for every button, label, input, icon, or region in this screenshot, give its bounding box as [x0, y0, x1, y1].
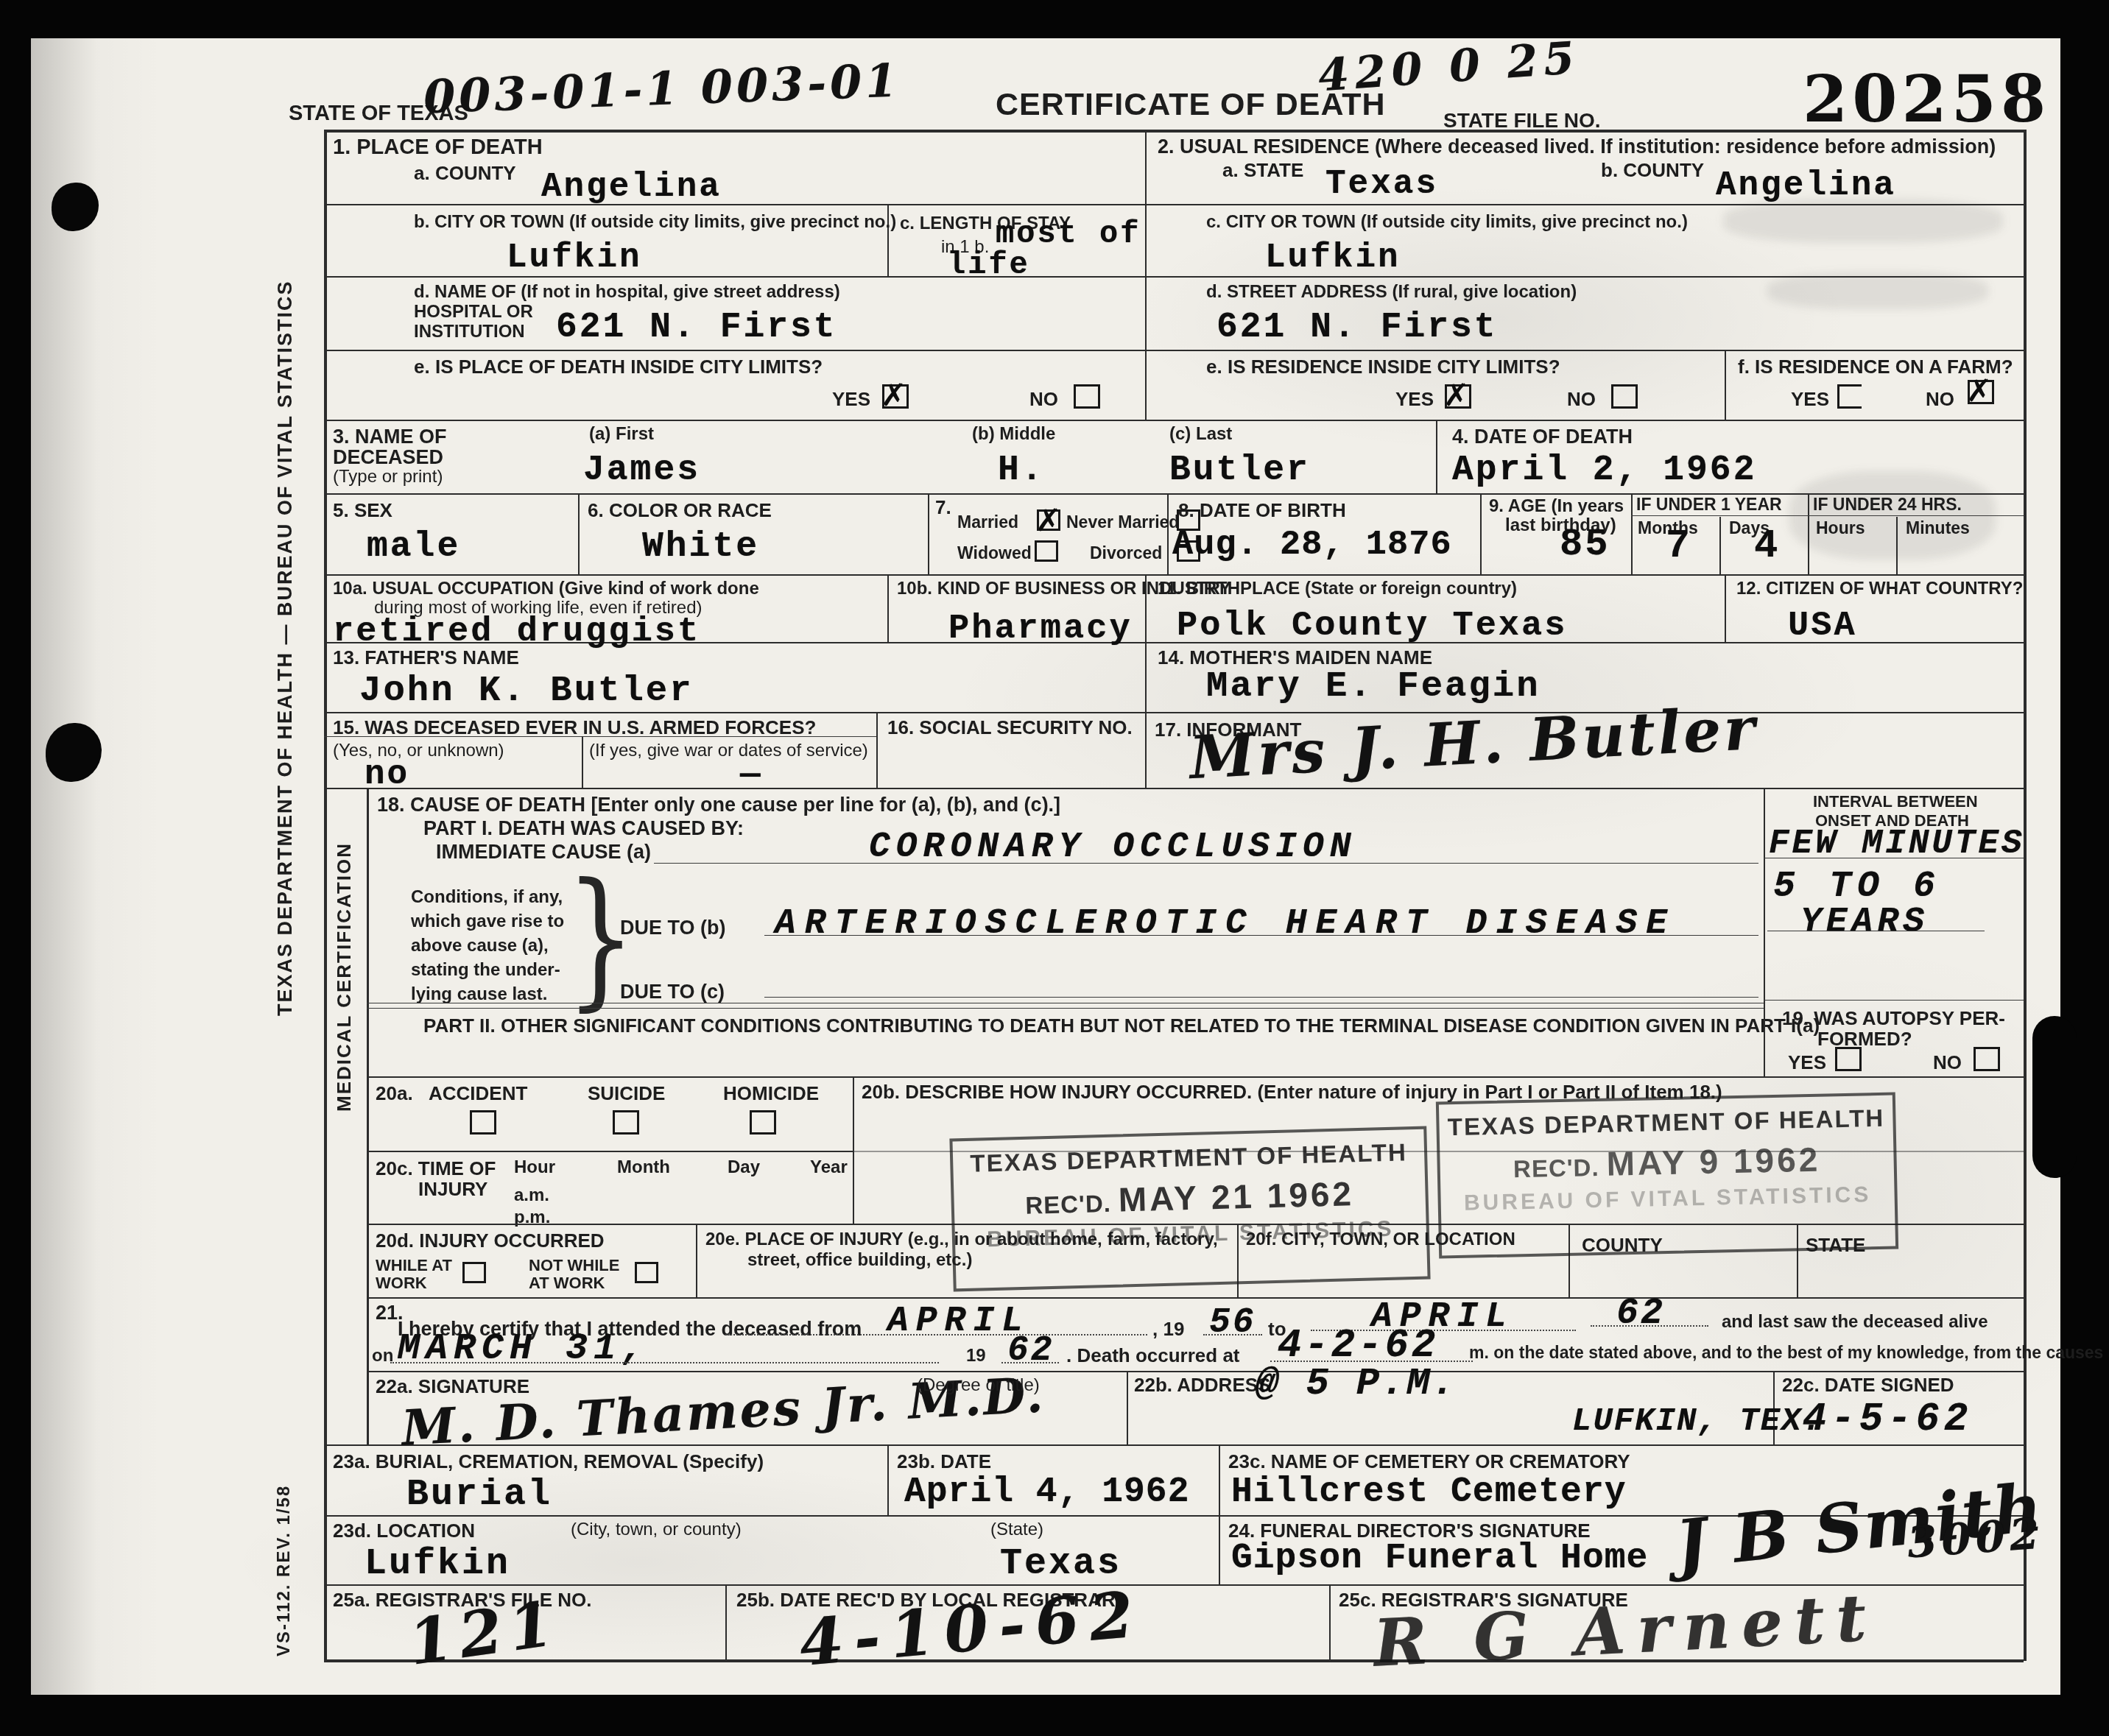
- year-prefix-1: , 19: [1152, 1318, 1184, 1341]
- form-code-vertical-label: VS-112. REV. 1/58: [274, 1465, 295, 1656]
- birth-date-label: 8. DATE OF BIRTH: [1178, 499, 1346, 522]
- middle-name-value: H.: [998, 451, 1045, 490]
- widowed-label: Widowed: [957, 543, 1032, 563]
- scan-edge-bottom: [0, 1695, 2109, 1736]
- place-of-death-section-label: 1. PLACE OF DEATH: [333, 135, 543, 160]
- degree-label: (Degree or title): [917, 1375, 1040, 1396]
- autopsy-yes-checkbox: [1835, 1047, 1862, 1071]
- race-label: 6. COLOR OR RACE: [588, 499, 772, 522]
- not-while-label-2: AT WORK: [529, 1274, 605, 1293]
- death-certificate-scan: TEXAS DEPARTMENT OF HEALTH — BUREAU OF V…: [0, 0, 2109, 1736]
- farm-no-checkmark: ✗: [1966, 373, 1992, 409]
- name-label-2: DECEASED: [333, 446, 443, 469]
- address-label: 22b. ADDRESS: [1134, 1374, 1270, 1397]
- not-while-label-1: NOT WHILE: [529, 1256, 619, 1275]
- place-of-injury-label-2: street, office building, etc.): [747, 1250, 972, 1271]
- industry-value: Pharmacy: [948, 610, 1133, 649]
- res-county-label: b. COUNTY: [1601, 159, 1704, 182]
- interval-value-b: 5 TO 6: [1773, 866, 1941, 908]
- pod-county-value: Angelina: [541, 168, 722, 206]
- year-label: Year: [810, 1157, 848, 1178]
- autopsy-label-2: FORMED?: [1817, 1028, 1912, 1051]
- res-state-value: Texas: [1325, 165, 1438, 203]
- pod-county-label: a. COUNTY: [414, 162, 516, 185]
- stamp-recd-label: REC'D.: [1513, 1154, 1599, 1182]
- months-value: 7: [1666, 524, 1691, 569]
- armed-forces-sub-1: (Yes, no, or unknown): [333, 741, 504, 761]
- burial-label: 23a. BURIAL, CREMATION, REMOVAL (Specify…: [333, 1450, 764, 1473]
- married-checkmark: ✗: [1035, 502, 1061, 538]
- not-while-work-checkbox: [635, 1262, 658, 1283]
- stamp-date: MAY 9 1962: [1606, 1140, 1821, 1183]
- pod-no-label: NO: [1029, 388, 1058, 411]
- scan-edge-left: [0, 0, 29, 1736]
- stamp-agency-line: TEXAS DEPARTMENT OF HEALTH: [953, 1138, 1425, 1179]
- burial-value: Burial: [406, 1474, 552, 1516]
- conditions-note-line: above cause (a),: [411, 934, 564, 958]
- res-no-label: NO: [1567, 388, 1596, 411]
- autopsy-yes-label: YES: [1788, 1051, 1826, 1074]
- res-yes-label: YES: [1395, 388, 1434, 411]
- received-stamp-may21: TEXAS DEPARTMENT OF HEALTH REC'D. MAY 21…: [949, 1126, 1430, 1292]
- never-married-label: Never Married: [1066, 512, 1179, 532]
- conditions-note-line: stating the under-: [411, 958, 564, 982]
- location-city-value: Lufkin: [365, 1543, 510, 1585]
- res-street-label: d. STREET ADDRESS (If rural, give locati…: [1206, 282, 1577, 303]
- armed-forces-value: no: [365, 755, 409, 794]
- interval-label-1: INTERVAL BETWEEN: [1813, 792, 1978, 811]
- address-value: LUFKIN, TEX.: [1572, 1403, 1823, 1440]
- married-label: Married: [957, 512, 1018, 532]
- stamp-date: MAY 21 1962: [1118, 1174, 1354, 1218]
- while-at-work-label-1: WHILE AT: [376, 1256, 452, 1275]
- location-state-value: Texas: [1000, 1543, 1122, 1585]
- farm-no-label: NO: [1926, 388, 1954, 411]
- ssn-label: 16. SOCIAL SECURITY NO.: [887, 716, 1133, 739]
- immediate-cause-value: CORONARY OCCLUSION: [869, 828, 1356, 867]
- last-alive-date: MARCH 31,: [398, 1328, 649, 1370]
- pod-stay-value-2: life: [947, 247, 1030, 283]
- address-time-value: @ 5 P.M.: [1256, 1362, 1457, 1405]
- farm-yes-label: YES: [1791, 388, 1829, 411]
- year-prefix-2: 19: [966, 1346, 986, 1366]
- age-value: 85: [1560, 523, 1610, 566]
- last-alive-year: 62: [1007, 1331, 1054, 1371]
- date-signed-value: 4-5-62: [1803, 1397, 1972, 1442]
- date-signed-label: 22c. DATE SIGNED: [1782, 1374, 1954, 1397]
- cause-section-label: 18. CAUSE OF DEATH [Enter only one cause…: [377, 794, 1060, 816]
- married-checkbox: ✗: [1037, 509, 1060, 531]
- first-name-value: James: [583, 451, 700, 490]
- scan-blotch: [2032, 1016, 2077, 1178]
- sex-label: 5. SEX: [333, 499, 392, 522]
- farm-no-checkbox: ✗: [1968, 380, 1994, 404]
- last-name-label: (c) Last: [1169, 424, 1232, 445]
- time-injury-label-1: 20c. TIME OF: [376, 1157, 496, 1180]
- res-state-label: a. STATE: [1222, 159, 1303, 182]
- under-24-label: IF UNDER 24 HRS.: [1813, 495, 1962, 515]
- father-label: 13. FATHER'S NAME: [333, 646, 519, 669]
- marital-label: 7.: [935, 496, 951, 519]
- homicide-label: HOMICIDE: [723, 1082, 819, 1105]
- part2-label: PART II. OTHER SIGNIFICANT CONDITIONS CO…: [423, 1015, 1820, 1037]
- injury-occurred-label: 20d. INJURY OCCURRED: [376, 1229, 605, 1252]
- last-saw-text: and last saw the deceased alive: [1722, 1312, 1988, 1333]
- pod-hospital-label-2: HOSPITAL OR: [414, 302, 533, 322]
- autopsy-no-label: NO: [1933, 1051, 1962, 1074]
- am-label: a.m.: [514, 1185, 549, 1206]
- residence-section-label: 2. USUAL RESIDENCE (Where deceased lived…: [1158, 135, 1996, 158]
- pod-hospital-value: 621 N. First: [556, 308, 837, 347]
- pod-city-value: Lufkin: [507, 239, 642, 277]
- res-yes-checkbox: ✗: [1445, 384, 1471, 409]
- stamp-agency-line: TEXAS DEPARTMENT OF HEALTH: [1439, 1104, 1893, 1142]
- res-street-value: 621 N. First: [1217, 308, 1498, 347]
- mother-value: Mary E. Feagin: [1206, 666, 1541, 707]
- funeral-home-value: Gipson Funeral Home: [1231, 1539, 1648, 1578]
- hour-label: Hour: [514, 1157, 555, 1178]
- death-occurred-label: . Death occurred at: [1066, 1344, 1240, 1367]
- citizen-label: 12. CITIZEN OF WHAT COUNTRY?: [1736, 579, 2023, 599]
- first-name-label: (a) First: [589, 424, 654, 445]
- due-to-b-value: ARTERIOSCLEROTIC HEART DISEASE: [775, 904, 1676, 944]
- pod-no-checkbox: [1074, 384, 1100, 409]
- cemetery-value: Hillcrest Cemetery: [1231, 1472, 1626, 1512]
- cert-tail-text: m. on the date stated above, and to the …: [1469, 1343, 2109, 1363]
- name-label-1: 3. NAME OF: [333, 426, 447, 448]
- interval-value-b2: YEARS: [1800, 903, 1929, 942]
- state-sub-label: (State): [990, 1520, 1043, 1540]
- while-work-checkbox: [462, 1262, 486, 1283]
- day-label: Day: [728, 1157, 760, 1178]
- cemetery-label: 23c. NAME OF CEMETERY OR CREMATORY: [1228, 1450, 1630, 1473]
- father-value: John K. Butler: [359, 670, 694, 711]
- scan-smudge: [1723, 199, 2003, 243]
- pod-hospital-label: d. NAME OF (If not in hospital, give str…: [414, 282, 840, 303]
- citizen-value: USA: [1788, 607, 1857, 646]
- death-date-label: 4. DATE OF DEATH: [1452, 426, 1633, 448]
- burial-date-label: 23b. DATE: [897, 1450, 991, 1473]
- attended-from-year: 56: [1209, 1303, 1256, 1343]
- res-city-limits-label: e. IS RESIDENCE INSIDE CITY LIMITS?: [1206, 356, 1560, 378]
- conditions-note: Conditions, if any, which gave rise to a…: [411, 885, 564, 1006]
- homicide-checkbox: [750, 1110, 776, 1135]
- minutes-label: Minutes: [1906, 518, 1970, 538]
- time-injury-label-2: INJURY: [418, 1178, 487, 1201]
- name-label-3: (Type or print): [333, 467, 443, 487]
- accident-checkbox: [470, 1110, 496, 1135]
- pod-hospital-label-3: INSTITUTION: [414, 322, 525, 342]
- sex-value: male: [367, 527, 460, 567]
- last-name-value: Butler: [1169, 451, 1310, 490]
- while-at-work-label-2: WORK: [376, 1274, 427, 1293]
- birth-date-value: Aug. 28, 1876: [1172, 526, 1452, 565]
- res-city-value: Lufkin: [1265, 239, 1401, 277]
- widowed-checkbox: [1035, 540, 1058, 562]
- location-sub-label: (City, town, or county): [571, 1520, 742, 1540]
- attended-to-year: 62: [1616, 1293, 1665, 1335]
- under-year-label: IF UNDER 1 YEAR: [1636, 495, 1782, 515]
- middle-name-label: (b) Middle: [972, 424, 1055, 445]
- farm-yes-checkbox: [1837, 384, 1862, 409]
- agency-vertical-label: TEXAS DEPARTMENT OF HEALTH — BUREAU OF V…: [274, 221, 297, 1016]
- res-no-checkbox: [1611, 384, 1638, 409]
- state-file-number: 20258: [1803, 60, 2050, 137]
- location-label: 23d. LOCATION: [333, 1520, 475, 1542]
- occupation-label-1: 10a. USUAL OCCUPATION (Give kind of work…: [333, 579, 759, 599]
- funeral-director-number: 3002: [1906, 1509, 2046, 1568]
- pod-city-limits-label: e. IS PLACE OF DEATH INSIDE CITY LIMITS?: [414, 356, 823, 378]
- medical-certification-vertical-label: MEDICAL CERTIFICATION: [333, 869, 356, 1112]
- death-date-value: April 2, 1962: [1452, 451, 1756, 490]
- pod-yes-checkbox: ✗: [882, 384, 909, 409]
- hours-label: Hours: [1816, 518, 1865, 538]
- scan-smudge: [1767, 272, 1988, 309]
- burial-date-value: April 4, 1962: [904, 1472, 1189, 1512]
- stamp-recd-label: REC'D.: [1025, 1190, 1111, 1219]
- autopsy-label-1: 19. WAS AUTOPSY PER-: [1782, 1007, 2005, 1030]
- part1-label: PART I. DEATH WAS CAUSED BY:: [423, 817, 744, 840]
- res-city-label: c. CITY OR TOWN (If outside city limits,…: [1206, 212, 1688, 233]
- divorced-label: Divorced: [1090, 543, 1162, 563]
- conditions-note-line: which gave rise to: [411, 909, 564, 934]
- race-value: White: [642, 527, 759, 567]
- due-to-c-label: DUE TO (c): [620, 981, 725, 1003]
- autopsy-no-checkbox: [1974, 1047, 2000, 1071]
- conditions-note-line: Conditions, if any,: [411, 885, 564, 909]
- accident-label: ACCIDENT: [429, 1082, 527, 1105]
- pod-yes-label: YES: [832, 388, 870, 411]
- armed-forces-label: 15. WAS DECEASED EVER IN U.S. ARMED FORC…: [333, 716, 816, 739]
- injury-20a-label: 20a.: [376, 1082, 413, 1105]
- age-label-1: 9. AGE (In years: [1489, 496, 1624, 517]
- received-stamp-may9: TEXAS DEPARTMENT OF HEALTH REC'D. MAY 9 …: [1436, 1092, 1898, 1258]
- armed-forces-service-value: —: [740, 755, 763, 794]
- due-to-b-label: DUE TO (b): [620, 917, 726, 939]
- scan-edge-top: [0, 0, 2109, 38]
- scan-edge-right: [2060, 0, 2109, 1736]
- birthplace-label: 11. BIRTHPLACE (State or foreign country…: [1158, 579, 1517, 599]
- res-county-value: Angelina: [1716, 166, 1896, 205]
- res-yes-checkmark: ✗: [1443, 377, 1469, 413]
- month-label: Month: [617, 1157, 670, 1178]
- days-value: 4: [1754, 524, 1780, 569]
- pod-city-label: b. CITY OR TOWN (If outside city limits,…: [414, 212, 896, 233]
- suicide-checkbox: [613, 1110, 639, 1135]
- pod-yes-checkmark: ✗: [881, 377, 906, 413]
- armed-forces-sub-2: (If yes, give war or dates of service): [589, 741, 868, 761]
- stamp-bureau-line: BUREAU OF VITAL STATISTICS: [1440, 1182, 1895, 1217]
- birthplace-value: Polk County Texas: [1177, 607, 1567, 646]
- pod-stay-value-1: most of: [996, 216, 1141, 252]
- suicide-label: SUICIDE: [588, 1082, 665, 1105]
